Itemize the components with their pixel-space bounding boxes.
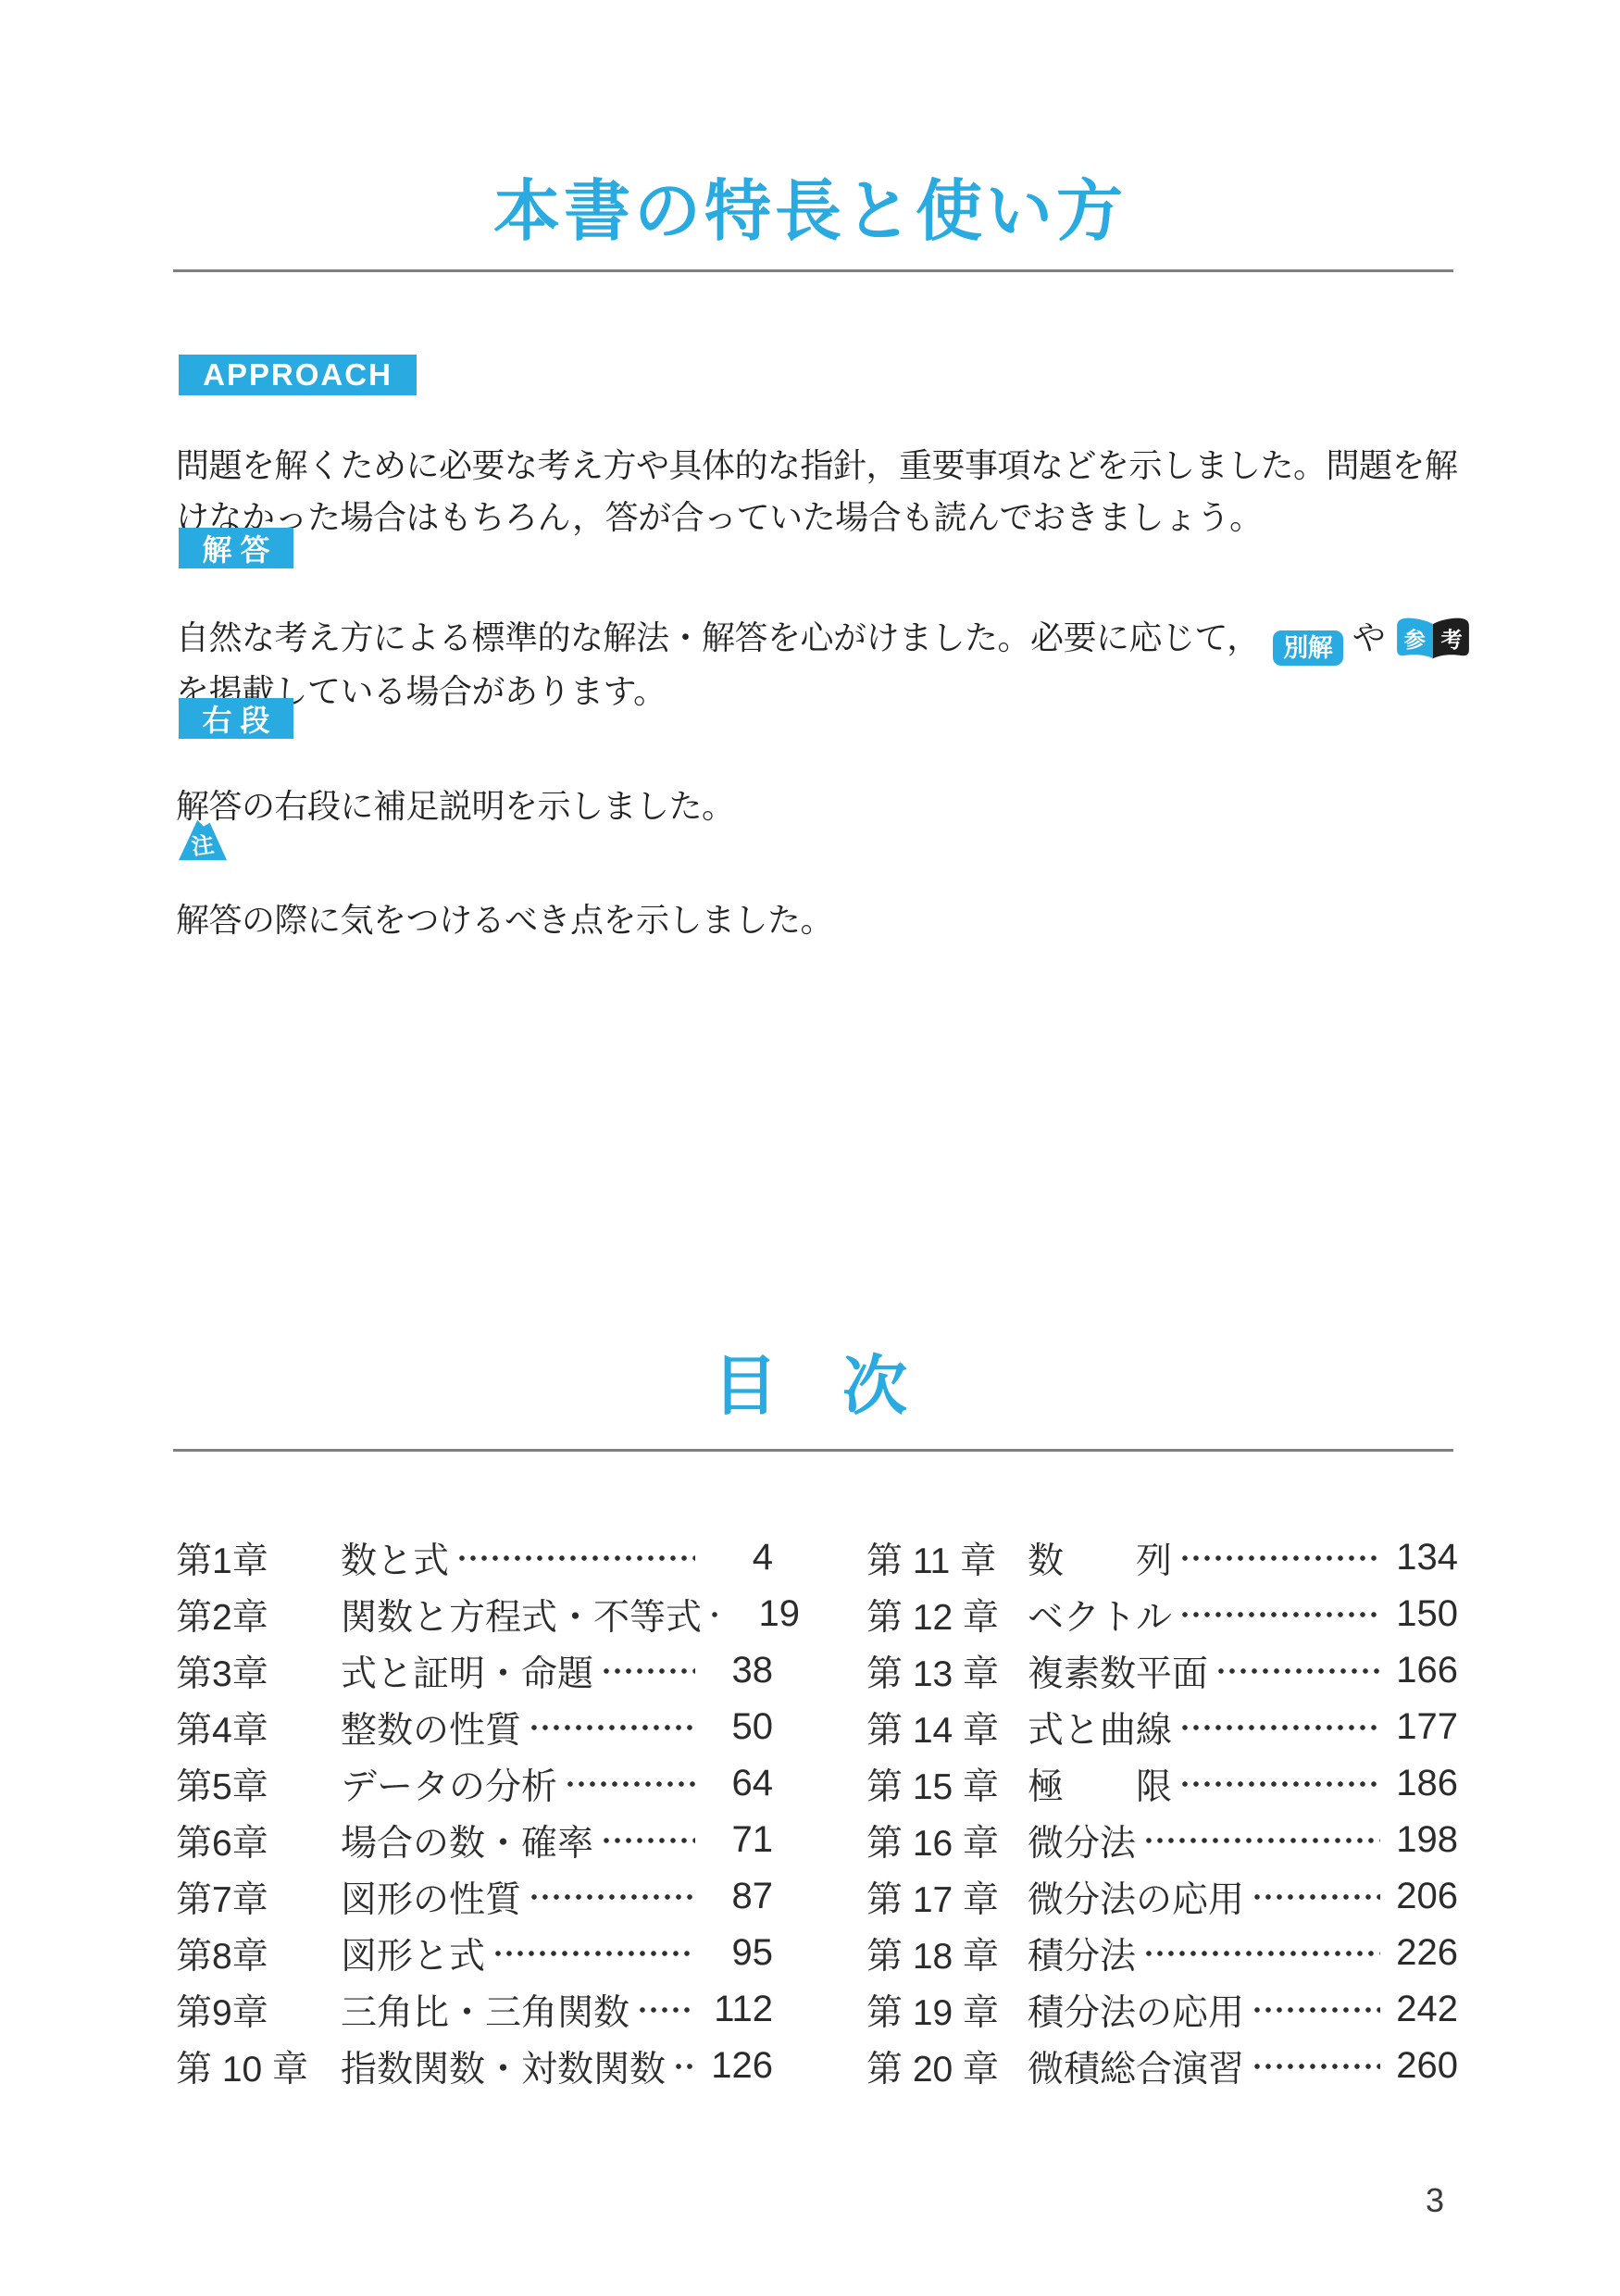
toc-row: 第 13 章 複素数平面 166 bbox=[866, 1642, 1458, 1699]
toc-dot-leader bbox=[1143, 1925, 1380, 1981]
toc-chapter-label: 第6章 bbox=[176, 1815, 341, 1866]
toc-dot-leader bbox=[1143, 1812, 1380, 1868]
toc-dot-leader bbox=[1179, 1529, 1380, 1586]
sankou-right-char: 考 bbox=[1441, 628, 1463, 652]
toc-dot-leader bbox=[1179, 1699, 1380, 1755]
chu-triangle-icon: 注 bbox=[178, 818, 228, 863]
toc-chapter-label: 第7章 bbox=[176, 1871, 341, 1923]
toc-dot-leader bbox=[673, 2038, 695, 2094]
toc-page-number: 198 bbox=[1384, 1819, 1458, 1861]
toc-row: 第 17 章 微分法の応用 206 bbox=[866, 1868, 1458, 1925]
toc-chapter-label: 第 13 章 bbox=[866, 1645, 1028, 1697]
toc-page-number: 126 bbox=[699, 2045, 773, 2087]
folio-page-number: 3 bbox=[1426, 2181, 1444, 2220]
toc-dot-leader bbox=[1252, 1868, 1380, 1925]
toc-row: 第8章 図形と式 95 bbox=[176, 1925, 773, 1981]
toc-dot-leader bbox=[492, 1925, 695, 1981]
kaitou-connector: や bbox=[1352, 619, 1386, 657]
chu-text: 解答の際に気をつけるべき点を示しました。 bbox=[176, 901, 833, 942]
toc-divider bbox=[173, 1449, 1453, 1452]
toc-entry-title: 図形と式 bbox=[341, 1928, 485, 1979]
toc-page-number: 112 bbox=[699, 1989, 773, 2030]
approach-text-line2: けなかった場合はもちろん，答が合っていた場合も読んでおきましょう。 bbox=[176, 498, 1263, 539]
toc-page-number: 242 bbox=[1384, 1989, 1458, 2030]
toc-page-number: 19 bbox=[726, 1593, 800, 1635]
toc-entry-title: 図形の性質 bbox=[341, 1871, 521, 1923]
toc-chapter-label: 第 15 章 bbox=[866, 1758, 1028, 1810]
toc-row: 第5章 データの分析 64 bbox=[176, 1755, 773, 1812]
toc-row: 第1章 数と式 4 bbox=[176, 1529, 773, 1586]
toc-dot-leader bbox=[1252, 2038, 1380, 2094]
toc-dot-leader bbox=[601, 1812, 695, 1868]
toc-chapter-label: 第1章 bbox=[176, 1532, 341, 1584]
toc-dot-leader bbox=[456, 1529, 695, 1586]
toc-page-number: 166 bbox=[1384, 1650, 1458, 1691]
approach-badge: APPROACH bbox=[179, 355, 417, 395]
toc-row: 第2章 関数と方程式・不等式 19 bbox=[176, 1586, 773, 1642]
toc-entry-title: 積分法の応用 bbox=[1028, 1984, 1244, 2036]
title-divider bbox=[173, 269, 1453, 272]
toc-dot-leader bbox=[1179, 1586, 1380, 1642]
toc-row: 第 18 章 積分法 226 bbox=[866, 1925, 1458, 1981]
toc-chapter-label: 第 14 章 bbox=[866, 1702, 1028, 1753]
toc-chapter-label: 第8章 bbox=[176, 1928, 341, 1979]
toc-row: 第 16 章 微分法 198 bbox=[866, 1812, 1458, 1868]
toc-page-number: 95 bbox=[699, 1932, 773, 1974]
toc-chapter-label: 第 17 章 bbox=[866, 1871, 1028, 1923]
toc-entry-title: 整数の性質 bbox=[341, 1702, 521, 1753]
toc-chapter-label: 第 18 章 bbox=[866, 1928, 1028, 1979]
book-page: 本書の特長と使い方 APPROACH 問題を解くために必要な考え方や具体的な指針… bbox=[0, 0, 1620, 2296]
toc-entry-title: 微分法の応用 bbox=[1028, 1871, 1244, 1923]
toc-row: 第 11 章 数 列 134 bbox=[866, 1529, 1458, 1586]
chu-char: 注 bbox=[190, 832, 216, 860]
toc-dot-leader bbox=[709, 1586, 722, 1642]
toc-chapter-label: 第3章 bbox=[176, 1645, 341, 1697]
toc-entry-title: 複素数平面 bbox=[1028, 1645, 1208, 1697]
toc-entry-title: 場合の数・確率 bbox=[341, 1815, 593, 1866]
toc-entry-title: 数 列 bbox=[1028, 1532, 1172, 1584]
toc-chapter-label: 第 19 章 bbox=[866, 1984, 1028, 2036]
toc-left-column: 第1章 数と式 4 第2章 関数と方程式・不等式 19 第3章 式と証明・命題 bbox=[176, 1529, 773, 2094]
toc-row: 第 10 章 指数関数・対数関数 126 bbox=[176, 2038, 773, 2094]
toc-page-number: 206 bbox=[1384, 1876, 1458, 1917]
toc-entry-title: 指数関数・対数関数 bbox=[341, 2040, 666, 2092]
toc-chapter-label: 第 12 章 bbox=[866, 1589, 1028, 1641]
toc-entry-title: ベクトル bbox=[1028, 1589, 1172, 1641]
toc-row: 第9章 三角比・三角関数 112 bbox=[176, 1981, 773, 2038]
toc-dot-leader bbox=[529, 1868, 695, 1925]
toc-row: 第 20 章 微積総合演習 260 bbox=[866, 2038, 1458, 2094]
sankou-left-char: 参 bbox=[1404, 628, 1426, 652]
bekkai-badge: 別解 bbox=[1273, 630, 1343, 666]
toc-entry-title: 関数と方程式・不等式 bbox=[341, 1589, 702, 1641]
toc-chapter-label: 第2章 bbox=[176, 1589, 341, 1641]
toc-entry-title: 積分法 bbox=[1028, 1928, 1136, 1979]
page-title: 本書の特長と使い方 bbox=[0, 174, 1620, 247]
toc-dot-leader bbox=[1179, 1755, 1380, 1812]
toc-dot-leader bbox=[1252, 1981, 1380, 2038]
toc-entry-title: 微分法 bbox=[1028, 1815, 1136, 1866]
toc-entry-title: 極 限 bbox=[1028, 1758, 1172, 1810]
toc-entry-title: 微積総合演習 bbox=[1028, 2040, 1244, 2092]
approach-text-line1: 問題を解くために必要な考え方や具体的な指針，重要事項などを示しました。問題を解 bbox=[176, 446, 1458, 487]
toc-title: 目 次 bbox=[0, 1350, 1620, 1421]
toc-row: 第 14 章 式と曲線 177 bbox=[866, 1699, 1458, 1755]
toc-entry-title: 三角比・三角関数 bbox=[341, 1984, 629, 2036]
toc-page-number: 50 bbox=[699, 1706, 773, 1748]
toc-dot-leader bbox=[529, 1699, 695, 1755]
toc-chapter-label: 第 10 章 bbox=[176, 2040, 341, 2092]
toc-chapter-label: 第4章 bbox=[176, 1702, 341, 1753]
toc-page-number: 87 bbox=[699, 1876, 773, 1917]
toc-page-number: 260 bbox=[1384, 2045, 1458, 2087]
toc-right-column: 第 11 章 数 列 134 第 12 章 ベクトル 150 第 13 章 複素… bbox=[866, 1529, 1458, 2094]
toc-row: 第 15 章 極 限 186 bbox=[866, 1755, 1458, 1812]
toc-chapter-label: 第 20 章 bbox=[866, 2040, 1028, 2092]
table-of-contents: 第1章 数と式 4 第2章 関数と方程式・不等式 19 第3章 式と証明・命題 bbox=[176, 1529, 1458, 2094]
toc-chapter-label: 第5章 bbox=[176, 1758, 341, 1810]
toc-row: 第3章 式と証明・命題 38 bbox=[176, 1642, 773, 1699]
toc-dot-leader bbox=[601, 1642, 695, 1699]
toc-page-number: 150 bbox=[1384, 1593, 1458, 1635]
toc-row: 第 19 章 積分法の応用 242 bbox=[866, 1981, 1458, 2038]
toc-chapter-label: 第 16 章 bbox=[866, 1815, 1028, 1866]
toc-entry-title: 式と曲線 bbox=[1028, 1702, 1172, 1753]
kaitou-text-line1: 自然な考え方による標準的な解法・解答を心がけました。必要に応じて，別解や 参 考 bbox=[176, 616, 1472, 666]
toc-page-number: 38 bbox=[699, 1650, 773, 1691]
toc-page-number: 226 bbox=[1384, 1932, 1458, 1974]
toc-page-number: 186 bbox=[1384, 1763, 1458, 1804]
toc-row: 第4章 整数の性質 50 bbox=[176, 1699, 773, 1755]
kaitou-badge: 解 答 bbox=[179, 528, 293, 568]
toc-chapter-label: 第9章 bbox=[176, 1984, 341, 2036]
toc-page-number: 64 bbox=[699, 1763, 773, 1804]
toc-page-number: 71 bbox=[699, 1819, 773, 1861]
toc-dot-leader bbox=[1215, 1642, 1380, 1699]
udan-badge: 右 段 bbox=[179, 698, 293, 739]
sankou-book-icon: 参 考 bbox=[1394, 616, 1472, 660]
toc-page-number: 177 bbox=[1384, 1706, 1458, 1748]
toc-entry-title: データの分析 bbox=[341, 1758, 557, 1810]
toc-chapter-label: 第 11 章 bbox=[866, 1532, 1028, 1584]
udan-text: 解答の右段に補足説明を示しました。 bbox=[176, 787, 735, 828]
toc-entry-title: 数と式 bbox=[341, 1532, 449, 1584]
kaitou-text-before: 自然な考え方による標準的な解法・解答を心がけました。必要に応じて， bbox=[176, 619, 1260, 657]
toc-page-number: 134 bbox=[1384, 1537, 1458, 1578]
toc-row: 第7章 図形の性質 87 bbox=[176, 1868, 773, 1925]
toc-entry-title: 式と証明・命題 bbox=[341, 1645, 593, 1697]
toc-dot-leader bbox=[637, 1981, 695, 2038]
toc-page-number: 4 bbox=[699, 1537, 773, 1578]
toc-dot-leader bbox=[565, 1755, 695, 1812]
toc-row: 第 12 章 ベクトル 150 bbox=[866, 1586, 1458, 1642]
toc-row: 第6章 場合の数・確率 71 bbox=[176, 1812, 773, 1868]
